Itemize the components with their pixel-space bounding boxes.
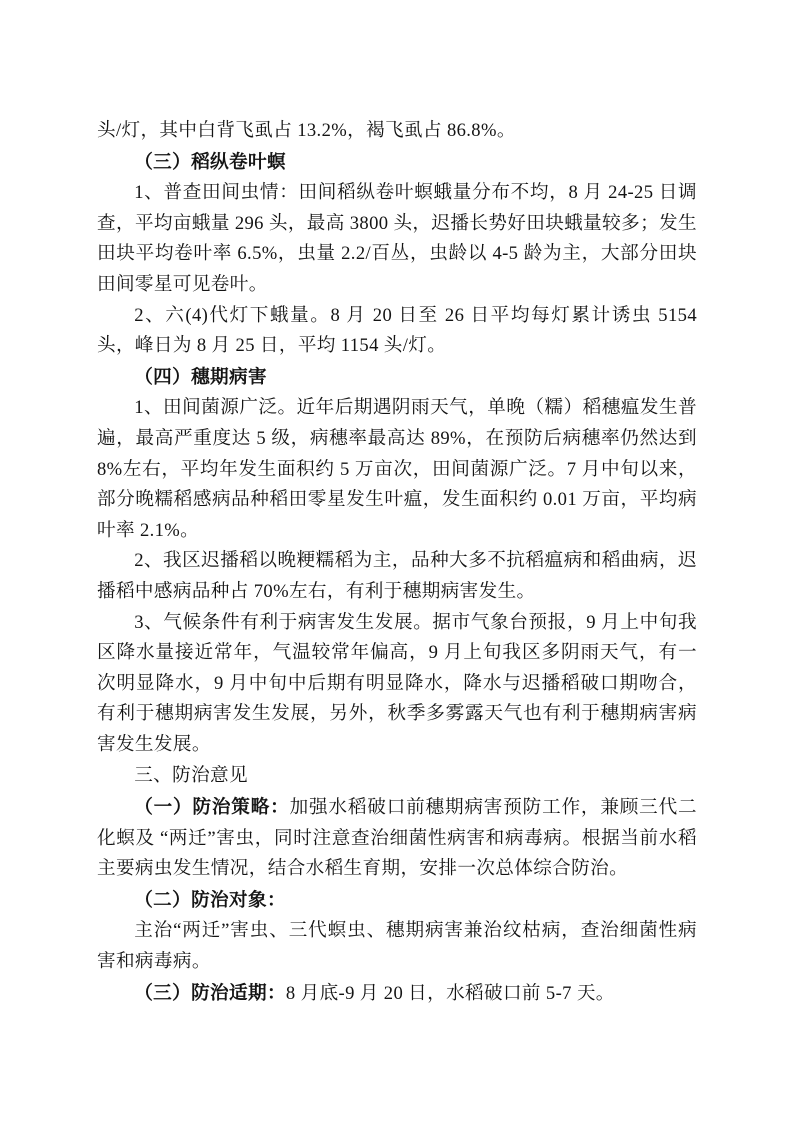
bold-label-run: （一）防治策略： xyxy=(134,796,289,817)
document-content: 头/灯，其中白背飞虱占 13.2%，褐飞虱占 86.8%。（三）稻纵卷叶螟1、普… xyxy=(97,116,697,1009)
paragraph: 2、六(4)代灯下蛾量。8 月 20 日至 26 日平均每灯累计诱虫 5154 … xyxy=(97,301,697,362)
paragraph: （三）防治适期：8 月底-9 月 20 日，水稻破口前 5-7 天。 xyxy=(97,978,697,1010)
text-run: 头/灯，其中白背飞虱占 13.2%，褐飞虱占 86.8%。 xyxy=(97,120,516,141)
text-run: 3、气候条件有利于病害发生发展。据市气象台预报，9 月上中旬我区降水量接近常年，… xyxy=(97,612,697,755)
paragraph: 2、我区迟播稻以晚粳糯稻为主，品种大多不抗稻瘟病和稻曲病，迟播稻中感病品种占 7… xyxy=(97,546,697,607)
section-heading: （三）稻纵卷叶螟 xyxy=(97,147,697,179)
text-run: 1、田间菌源广泛。近年后期遇阴雨天气，单晚（糯）稻穗瘟发生普遍，最高严重度达 5… xyxy=(97,397,697,540)
bold-label-run: （三）防治适期： xyxy=(134,982,286,1003)
bold-label-run: （三）稻纵卷叶螟 xyxy=(134,151,286,172)
paragraph: （一）防治策略：加强水稻破口前穗期病害预防工作，兼顾三代二化螟及 “两迁”害虫，… xyxy=(97,792,697,885)
bold-label-run: （二）防治对象： xyxy=(134,889,286,910)
text-run: 8 月底-9 月 20 日，水稻破口前 5-7 天。 xyxy=(286,983,615,1004)
paragraph: 主治“两迁”害虫、三代螟虫、穗期病害兼治纹枯病，查治细菌性病害和病毒病。 xyxy=(97,916,697,977)
paragraph: 1、普查田间虫情：田间稻纵卷叶螟蛾量分布不均，8 月 24-25 日调查，平均亩… xyxy=(97,178,697,300)
text-run: 主治“两迁”害虫、三代螟虫、穗期病害兼治纹枯病，查治细菌性病害和病毒病。 xyxy=(97,920,697,972)
bold-label-run: （四）穗期病害 xyxy=(134,366,267,387)
text-run: 1、普查田间虫情：田间稻纵卷叶螟蛾量分布不均，8 月 24-25 日调查，平均亩… xyxy=(97,182,697,295)
paragraph: 头/灯，其中白背飞虱占 13.2%，褐飞虱占 86.8%。 xyxy=(97,116,697,147)
text-run: 2、我区迟播稻以晚粳糯稻为主，品种大多不抗稻瘟病和稻曲病，迟播稻中感病品种占 7… xyxy=(97,550,697,602)
document-page: 头/灯，其中白背飞虱占 13.2%，褐飞虱占 86.8%。（三）稻纵卷叶螟1、普… xyxy=(0,0,794,1122)
text-run: 2、六(4)代灯下蛾量。8 月 20 日至 26 日平均每灯累计诱虫 5154 … xyxy=(97,305,697,357)
section-heading: （二）防治对象： xyxy=(97,885,697,917)
section-heading: （四）穗期病害 xyxy=(97,362,697,394)
section-heading: 三、防治意见 xyxy=(97,760,697,792)
paragraph: 1、田间菌源广泛。近年后期遇阴雨天气，单晚（糯）稻穗瘟发生普遍，最高严重度达 5… xyxy=(97,393,697,546)
text-run: 三、防治意见 xyxy=(134,764,248,785)
paragraph: 3、气候条件有利于病害发生发展。据市气象台预报，9 月上中旬我区降水量接近常年，… xyxy=(97,608,697,761)
